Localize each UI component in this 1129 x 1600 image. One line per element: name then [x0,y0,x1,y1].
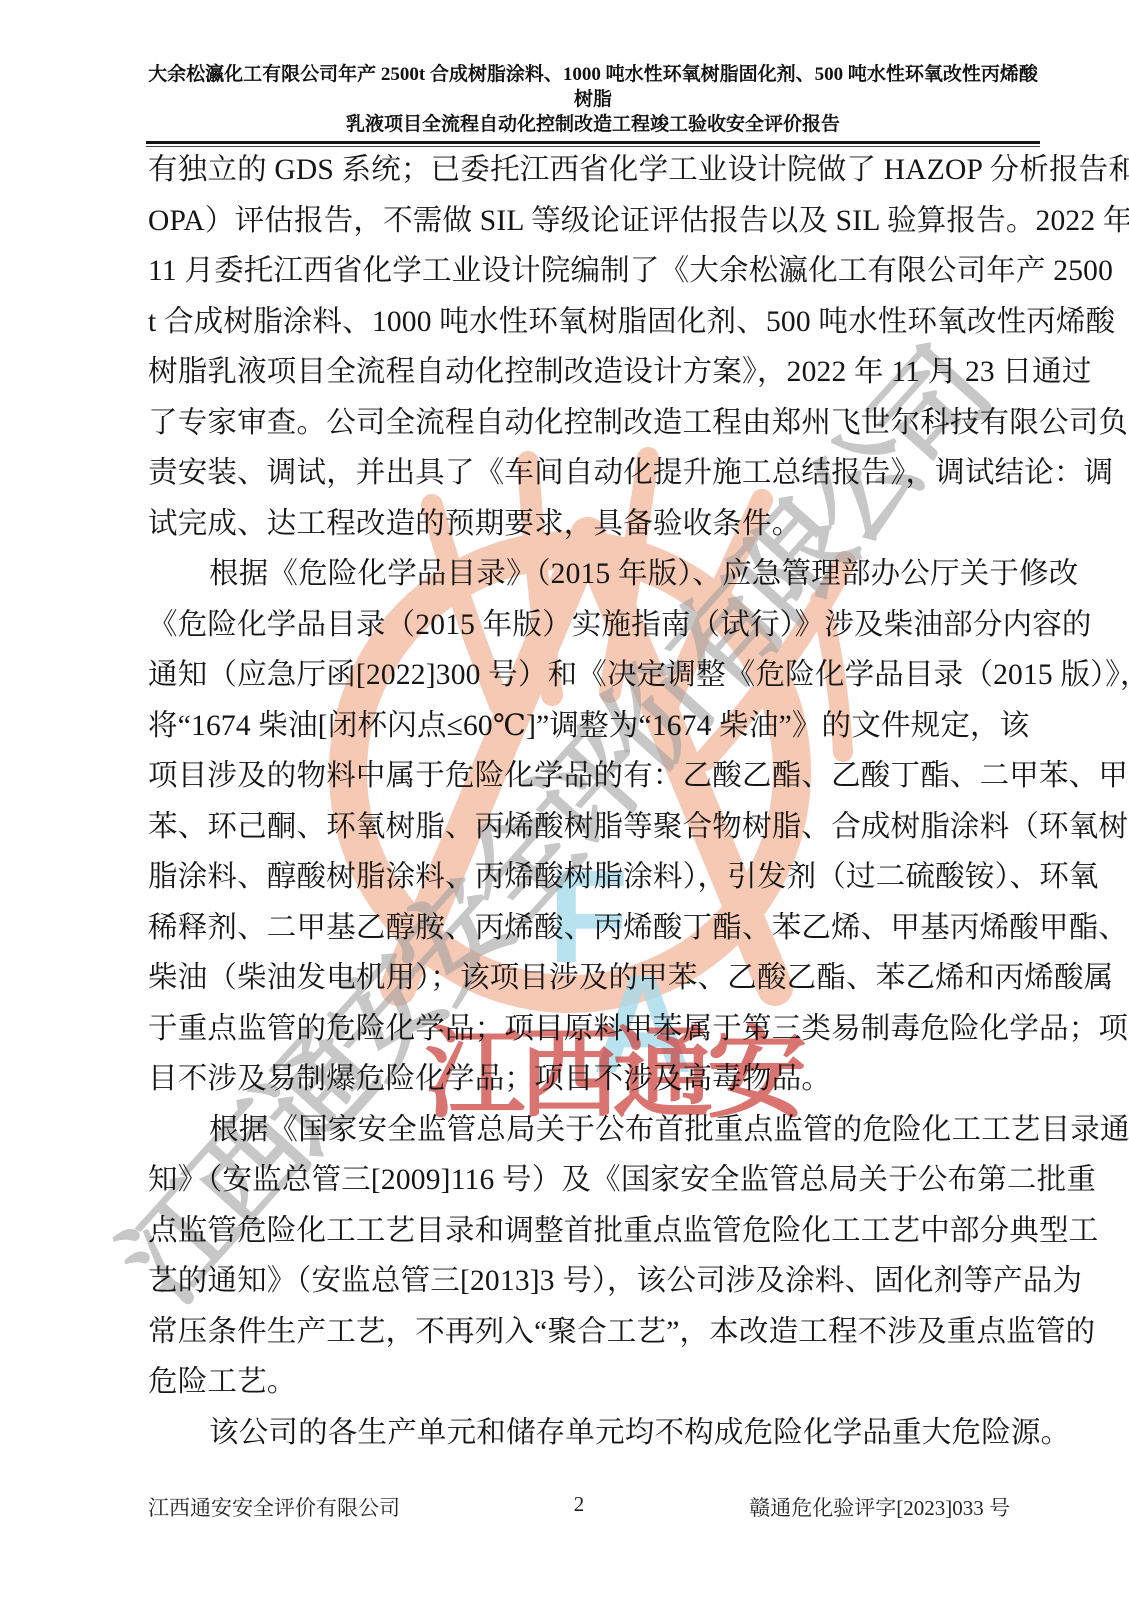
body-line: 树脂乳液项目全流程自动化控制改造设计方案》，2022 年 11 月 23 日通过 [148,347,1014,398]
body-line: 将“1674 柴油[闭杯闪点≤60℃]”调整为“1674 柴油”》的文件规定，该 [148,701,1014,752]
body-line: 该公司的各生产单元和储存单元均不构成危险化学品重大危险源。 [148,1408,1014,1459]
body-line: 目不涉及易制爆危险化学品；项目不涉及高毒物品。 [148,1054,1014,1105]
paragraph-4: 该公司的各生产单元和储存单元均不构成危险化学品重大危险源。 [148,1408,1014,1459]
footer-doc-number: 赣通危化验评字[2023]033 号 [749,1492,1010,1522]
body-line: 脂涂料、醇酸树脂涂料、丙烯酸树脂涂料），引发剂（过二硫酸铵）、环氧 [148,852,1014,903]
body-line: 责安装、调试，并出具了《车间自动化提升施工总结报告》，调试结论：调 [148,448,1014,499]
body-line: 常压条件生产工艺，不再列入“聚合工艺”，本改造工程不涉及重点监管的 [148,1307,1014,1358]
document-page: F A 江西通安安全评价有限公司 江西通安 大余松瀛化工有限公司年产 2500t… [0,0,1129,1600]
paragraph-1: 有独立的 GDS 系统；已委托江西省化学工业设计院做了 HAZOP 分析报告和（… [148,145,1014,549]
body-line: 11 月委托江西省化学工业设计院编制了《大余松瀛化工有限公司年产 2500 [148,246,1014,297]
footer-company-name: 江西通安安全评价有限公司 [148,1492,400,1522]
header-title-line-2: 乳液项目全流程自动化控制改造工程竣工验收安全评价报告 [146,112,1040,137]
body-line: 柴油（柴油发电机用）；该项目涉及的甲苯、乙酸乙酯、苯乙烯和丙烯酸属 [148,953,1014,1004]
body-line: 有独立的 GDS 系统；已委托江西省化学工业设计院做了 HAZOP 分析报告和（… [148,145,1014,196]
body-line: 根据《国家安全监管总局关于公布首批重点监管的危险化工工艺目录通 [148,1105,1014,1156]
paragraph-2: 根据《危险化学品目录》（2015 年版）、应急管理部办公厅关于修改《危险化学品目… [148,549,1014,1105]
body-line: 根据《危险化学品目录》（2015 年版）、应急管理部办公厅关于修改 [148,549,1014,600]
page-footer: 2 江西通安安全评价有限公司 赣通危化验评字[2023]033 号 [148,1492,1010,1522]
page-header: 大余松瀛化工有限公司年产 2500t 合成树脂涂料、1000 吨水性环氧树脂固化… [146,62,1040,147]
body-line: 于重点监管的危险化学品；项目原料甲苯属于第三类易制毒危险化学品；项 [148,1004,1014,1055]
body-line: 《危险化学品目录（2015 年版）实施指南（试行）》涉及柴油部分内容的 [148,600,1014,651]
body-line: t 合成树脂涂料、1000 吨水性环氧树脂固化剂、500 吨水性环氧改性丙烯酸 [148,297,1014,348]
body-line: 苯、环己酮、环氧树脂、丙烯酸树脂等聚合物树脂、合成树脂涂料（环氧树 [148,802,1014,853]
body-line: 点监管危险化工工艺目录和调整首批重点监管危险化工工艺中部分典型工 [148,1206,1014,1257]
body-line: 艺的通知》（安监总管三[2013]3 号），该公司涉及涂料、固化剂等产品为 [148,1256,1014,1307]
header-title-line-1: 大余松瀛化工有限公司年产 2500t 合成树脂涂料、1000 吨水性环氧树脂固化… [146,62,1040,112]
body-line: 项目涉及的物料中属于危险化学品的有：乙酸乙酯、乙酸丁酯、二甲苯、甲 [148,751,1014,802]
body-line: 试完成、达工程改造的预期要求，具备验收条件。 [148,499,1014,550]
document-body: 有独立的 GDS 系统；已委托江西省化学工业设计院做了 HAZOP 分析报告和（… [148,145,1014,1458]
body-line: 了专家审查。公司全流程自动化控制改造工程由郑州飞世尔科技有限公司负 [148,398,1014,449]
body-line: 稀释剂、二甲基乙醇胺、丙烯酸、丙烯酸丁酯、苯乙烯、甲基丙烯酸甲酯、 [148,903,1014,954]
body-line: 通知（应急厅函[2022]300 号）和《决定调整《危险化学品目录（2015 版… [148,650,1014,701]
paragraph-3: 根据《国家安全监管总局关于公布首批重点监管的危险化工工艺目录通知》（安监总管三[… [148,1105,1014,1408]
body-line: OPA）评估报告，不需做 SIL 等级论证评估报告以及 SIL 验算报告。202… [148,196,1014,247]
body-line: 危险工艺。 [148,1357,1014,1408]
body-line: 知》（安监总管三[2009]116 号）及《国家安全监管总局关于公布第二批重 [148,1155,1014,1206]
